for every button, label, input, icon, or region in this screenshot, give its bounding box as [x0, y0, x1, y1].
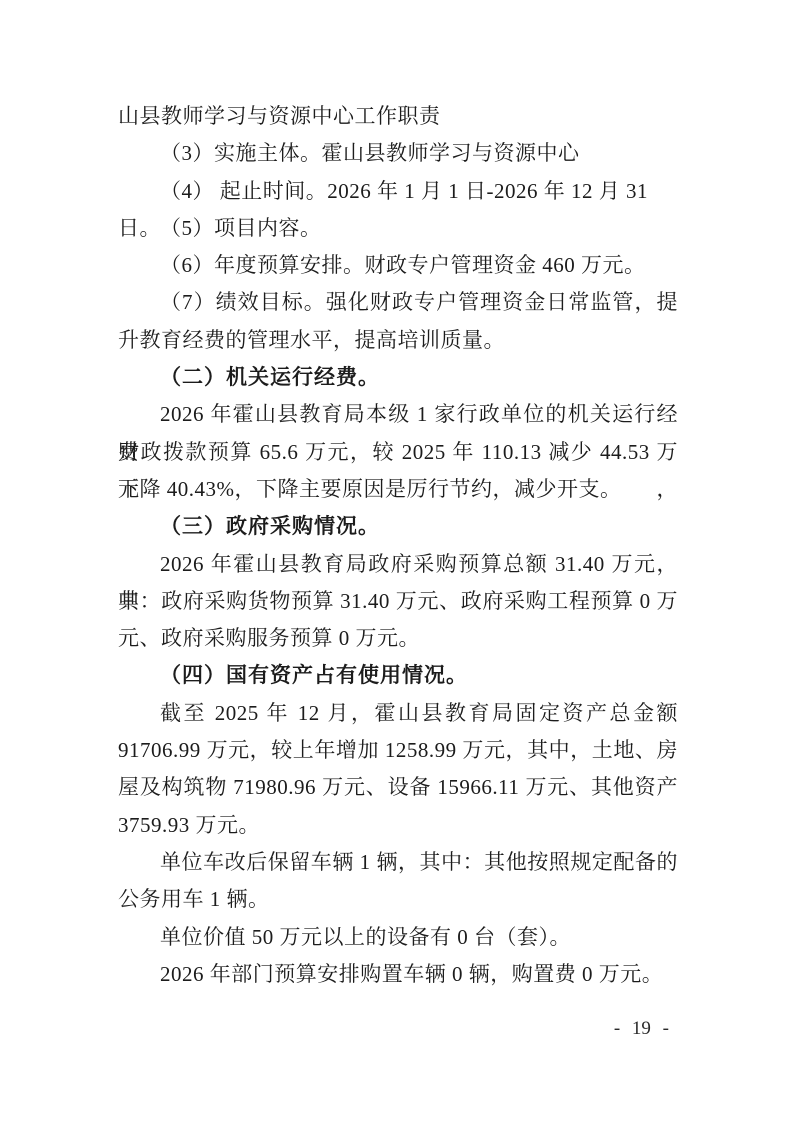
- text-line: 单位车改后保留车辆 1 辆，其中：其他按照规定配备的: [118, 844, 678, 881]
- text-line: 公务用车 1 辆。: [118, 881, 678, 918]
- text-line: 单位价值 50 万元以上的设备有 0 台（套）。: [118, 919, 678, 956]
- text-line: 2026 年霍山县教育局本级 1 家行政单位的机关运行经费: [118, 396, 678, 433]
- text-line: （5）项目内容。: [118, 210, 678, 247]
- text-line: 91706.99 万元，较上年增加 1258.99 万元，其中，土地、房: [118, 732, 678, 769]
- page-number: - 19 -: [614, 1017, 669, 1041]
- text-line: 财政拨款预算 65.6 万元，较 2025 年 110.13 减少 44.53 …: [118, 434, 678, 471]
- text-line: （3）实施主体。霍山县教师学习与资源中心: [118, 135, 678, 172]
- text-line: 2026 年霍山县教育局政府采购预算总额 31.40 万元，其: [118, 546, 678, 583]
- text-line: （6）年度预算安排。财政专户管理资金 460 万元。: [118, 247, 678, 284]
- text-line: 2026 年部门预算安排购置车辆 0 辆，购置费 0 万元。: [118, 956, 678, 993]
- section-heading: （二）机关运行经费。: [118, 359, 678, 396]
- section-heading: （四）国有资产占有使用情况。: [118, 657, 678, 694]
- text-line: 元、政府采购服务预算 0 万元。: [118, 620, 678, 657]
- text-line: 中：政府采购货物预算 31.40 万元、政府采购工程预算 0 万: [118, 583, 678, 620]
- text-line: （7）绩效目标。强化财政专户管理资金日常监管，提: [118, 284, 678, 321]
- section-heading: （三）政府采购情况。: [118, 508, 678, 545]
- text-line: 升教育经费的管理水平，提高培训质量。: [118, 322, 678, 359]
- text-line: 下降 40.43%，下降主要原因是厉行节约，减少开支。: [118, 471, 678, 508]
- text-line: 截至 2025 年 12 月，霍山县教育局固定资产总金额: [118, 695, 678, 732]
- text-line: 3759.93 万元。: [118, 807, 678, 844]
- text-line: （4） 起止时间。2026 年 1 月 1 日-2026 年 12 月 31 日…: [118, 173, 678, 210]
- document-body: 山县教师学习与资源中心工作职责 （3）实施主体。霍山县教师学习与资源中心 （4）…: [118, 98, 678, 993]
- text-line: 屋及构筑物 71980.96 万元、设备 15966.11 万元、其他资产: [118, 769, 678, 806]
- text-line: 山县教师学习与资源中心工作职责: [118, 98, 678, 135]
- document-page: 山县教师学习与资源中心工作职责 （3）实施主体。霍山县教师学习与资源中心 （4）…: [0, 0, 793, 1122]
